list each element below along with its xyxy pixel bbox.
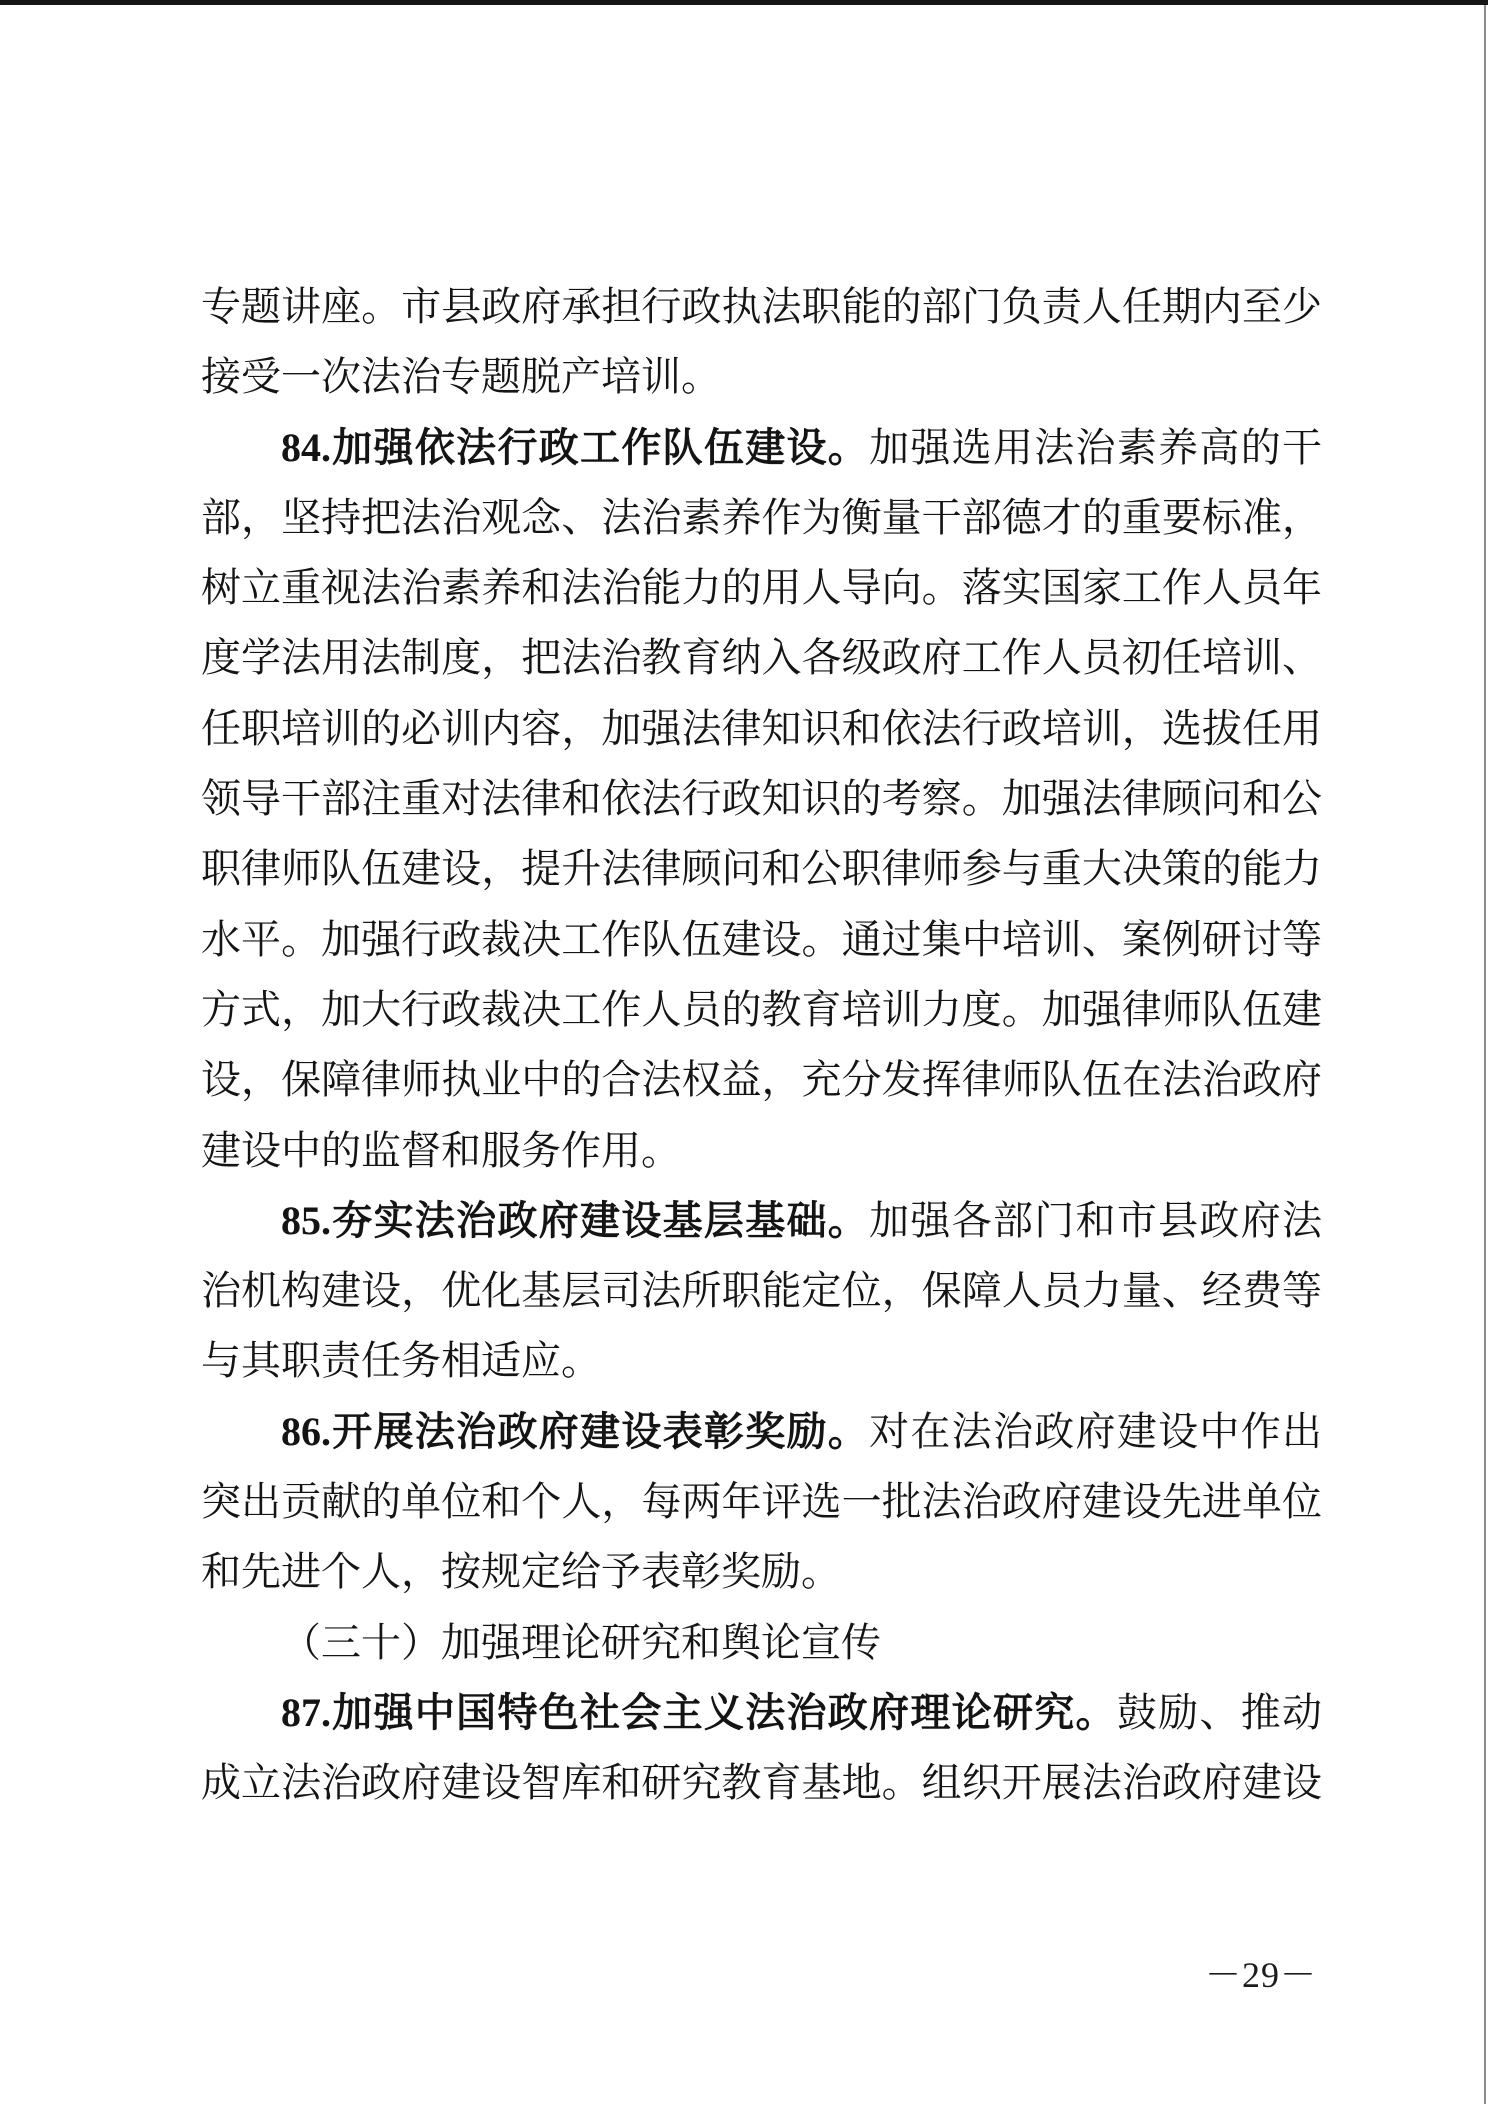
text-line: 86.开展法治政府建设表彰奖励。对在法治政府建设中作出 [201,1397,1322,1467]
text-line: 建设中的监督和服务作用。 [201,1116,1322,1186]
text-line: 突出贡献的单位和个人，每两年评选一批法治政府建设先进单位 [201,1467,1322,1537]
text-line: 水平。加强行政裁决工作队伍建设。通过集中培训、案例研讨等 [201,905,1322,975]
text-line: 领导干部注重对法律和依法行政知识的考察。加强法律顾问和公 [201,764,1322,834]
text-line: 接受一次法治专题脱产培训。 [201,342,1322,412]
text-line: 部，坚持把法治观念、法治素养作为衡量干部德才的重要标准， [201,483,1322,553]
text-line: 和先进个人，按规定给予表彰奖励。 [201,1537,1322,1607]
section-heading-line: （三十）加强理论研究和舆论宣传 [201,1608,1322,1678]
text-line: 87.加强中国特色社会主义法治政府理论研究。鼓励、推动 [201,1678,1322,1748]
text-line: 任职培训的必训内容，加强法律知识和依法行政培训，选拔任用 [201,694,1322,764]
text-line: 治机构建设，优化基层司法所职能定位，保障人员力量、经费等 [201,1256,1322,1326]
scan-right-edge-line [1484,5,1486,2104]
scan-top-edge-line [0,0,1488,5]
text-line: 度学法用法制度，把法治教育纳入各级政府工作人员初任培训、 [201,623,1322,693]
clause-number-heading: 85.夯实法治政府建设基层基础。 [281,1198,869,1243]
text-line: 专题讲座。市县政府承担行政执法职能的部门负责人任期内至少 [201,272,1322,342]
text-line: 85.夯实法治政府建设基层基础。加强各部门和市县政府法 [201,1186,1322,1256]
clause-number-heading: 84.加强依法行政工作队伍建设。 [281,425,869,470]
text-line: 方式，加大行政裁决工作人员的教育培训力度。加强律师队伍建 [201,975,1322,1045]
text-line: 与其职责任务相适应。 [201,1326,1322,1396]
page-number: －29－ [1205,1955,1317,1995]
document-page: 专题讲座。市县政府承担行政执法职能的部门负责人任期内至少接受一次法治专题脱产培训… [0,0,1488,2104]
clause-number-heading: 86.开展法治政府建设表彰奖励。 [281,1409,869,1454]
text-block: 专题讲座。市县政府承担行政执法职能的部门负责人任期内至少接受一次法治专题脱产培训… [201,272,1322,1819]
text-line: 84.加强依法行政工作队伍建设。加强选用法治素养高的干 [201,413,1322,483]
text-line: 成立法治政府建设智库和研究教育基地。组织开展法治政府建设 [201,1748,1322,1818]
text-line: 设，保障律师执业中的合法权益，充分发挥律师队伍在法治政府 [201,1045,1322,1115]
clause-number-heading: 87.加强中国特色社会主义法治政府理论研究。 [281,1690,1117,1735]
text-line: 树立重视法治素养和法治能力的用人导向。落实国家工作人员年 [201,553,1322,623]
text-line: 职律师队伍建设，提升法律顾问和公职律师参与重大决策的能力 [201,834,1322,904]
